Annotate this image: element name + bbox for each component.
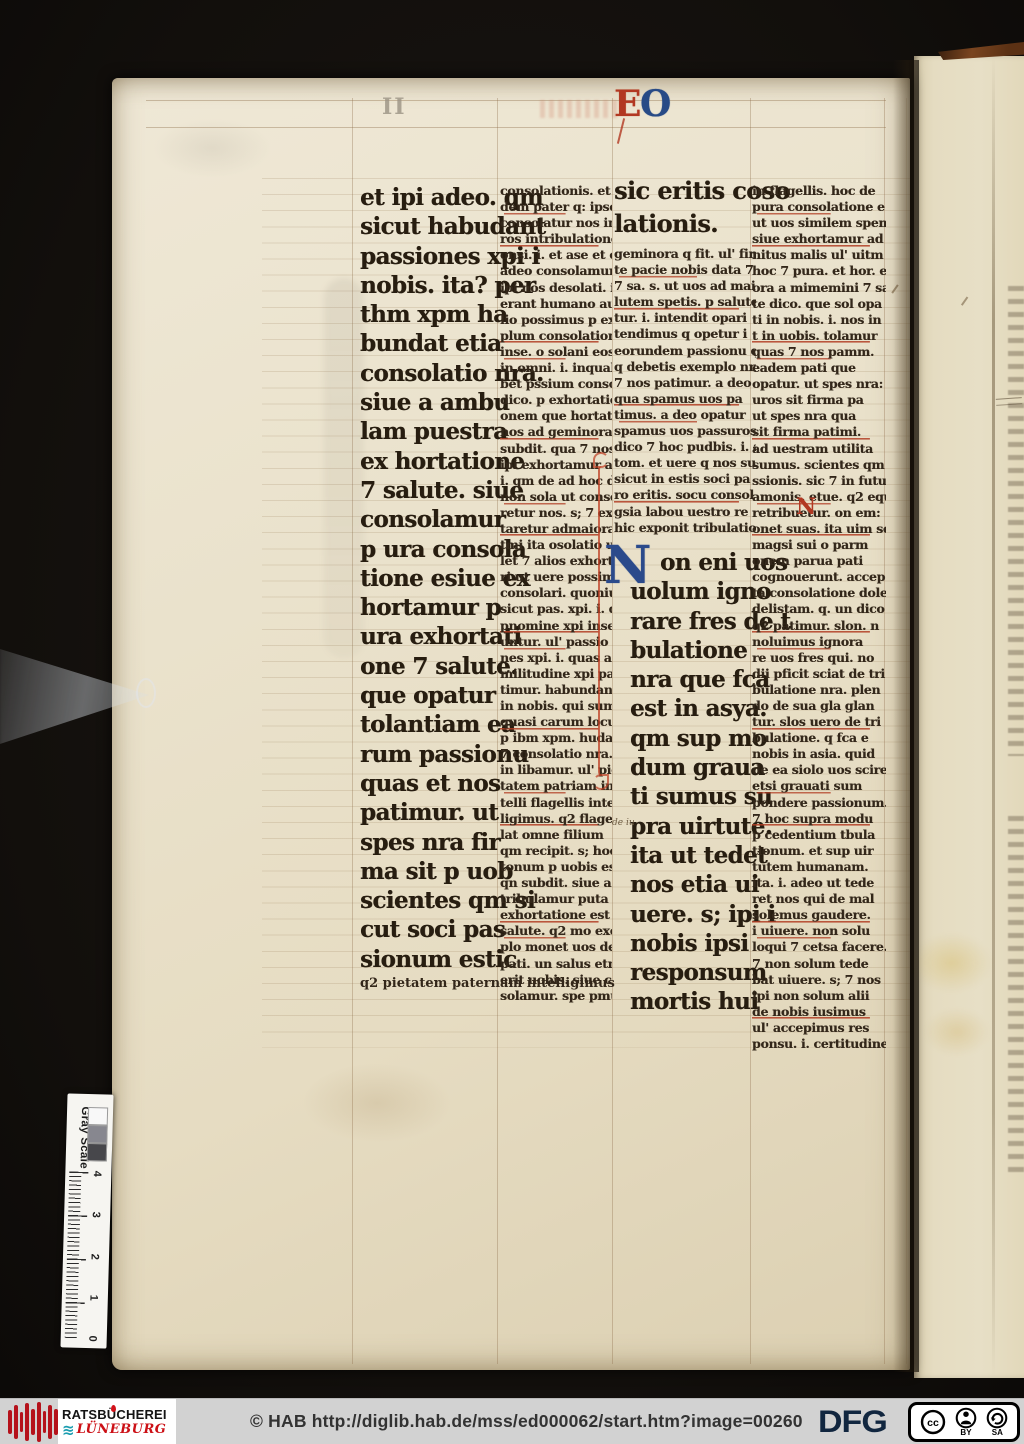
text-line: ad uestram utilita	[752, 441, 886, 457]
text-line: quas et nos	[360, 769, 500, 798]
interlinear-note: de iu	[612, 818, 635, 828]
text-line: est in asya.	[630, 694, 766, 723]
text-line: bet pssium consolan	[500, 376, 612, 392]
text-line: plo monet uos de	[500, 939, 612, 955]
cc-letters: cc	[927, 1417, 939, 1429]
text-line: lio possimus p exem	[500, 312, 612, 328]
text-line: ipi nos desolati. i. dos	[500, 280, 612, 296]
text-line: opatur. ut spes nra:	[752, 376, 886, 392]
text-line: ora a mimemini 7 sa	[752, 280, 886, 296]
parchment-stain	[302, 1063, 452, 1143]
text-line: que opatur	[360, 681, 500, 710]
text-line: consolatio nra.	[360, 359, 500, 388]
running-title-letter-blue: O	[640, 86, 671, 122]
text-line: exhortatione est 7	[500, 907, 612, 923]
text-line: telli flagellis intel	[500, 795, 612, 811]
header-rule	[146, 100, 886, 101]
text-line: hortamur p	[360, 593, 500, 622]
text-line: qm sup mo	[630, 724, 766, 753]
text-line: bulatione	[630, 636, 766, 665]
text-line: tolantiam ea	[360, 710, 500, 739]
photograph-background: II E O et ipi adeo. qmsicut habudantpass…	[0, 0, 1024, 1398]
attribution-bar: RATSBÜCHEREI ≋ LÜNEBURG © HAB http://dig…	[0, 1398, 1024, 1444]
text-line: qm recipit. s; hoc	[500, 843, 612, 859]
text-line: p ura consola	[360, 535, 500, 564]
text-line: ligimus. q2 flagel	[500, 811, 612, 827]
text-line: uros sit firma pa	[752, 392, 886, 408]
text-line: amonis. etue. q2 equa	[752, 489, 886, 505]
text-line: patimur. ut	[360, 798, 500, 827]
text-line: untur. ul' passio	[500, 634, 612, 650]
text-line: retribuetur. on em:	[752, 505, 886, 521]
text-line: pra uirtute.	[630, 812, 766, 841]
text-line: sic eritis coso	[614, 174, 754, 207]
text-line: 1	[87, 1294, 98, 1300]
text-line: in flagellis. hoc de	[752, 183, 886, 199]
text-line: retur nos. s; 7 exho	[500, 505, 612, 521]
text-column-2-gloss: geminora q fit. ul' finitite pacie nobis…	[614, 246, 756, 536]
gray-swatch-mid	[87, 1125, 107, 1144]
text-line: onsi. i. et ase et corporis.	[500, 247, 612, 263]
text-line: q2 patimur. slon. n	[752, 618, 886, 634]
text-line: nobis. ita? per	[360, 271, 500, 300]
text-line: nra que fca	[630, 665, 766, 694]
text-line: sit firma patimi.	[752, 424, 886, 440]
text-line: rum passionu	[360, 740, 500, 769]
text-line: consolari. quonius	[500, 585, 612, 601]
text-line: consolamur	[360, 505, 500, 534]
text-line: tribulamur puta	[500, 891, 612, 907]
text-line: eadem pati que	[752, 360, 886, 376]
bleedthrough-text	[1008, 816, 1024, 1176]
library-city: LÜNEBURG	[77, 1423, 167, 1437]
text-line: qn subdit. siue a	[500, 875, 612, 891]
text-line: ipi non solum alii	[752, 988, 886, 1004]
text-line: lutem spetis. p salute d	[614, 294, 756, 310]
text-line: scientes qm si	[360, 886, 500, 915]
text-line: bulatione nra. plen	[752, 682, 886, 698]
text-line: geminora q fit. ul' finiti	[614, 246, 756, 262]
text-line: et ipi adeo. qm	[360, 183, 500, 212]
text-line: ita. i. adeo ut tede	[752, 875, 886, 891]
text-line: responsum	[630, 958, 766, 987]
text-line: quasi carum locus.	[500, 714, 612, 730]
gloss-column-2: in flagellis. hoc depura consolatione eu…	[752, 183, 886, 1052]
text-line: plum consolationis	[500, 328, 612, 344]
text-line: quas 7 nos pamm.	[752, 344, 886, 360]
library-name: RATSBÜCHEREI	[62, 1408, 176, 1422]
text-line: ul' accepimus res	[752, 1020, 886, 1036]
header-rule	[146, 127, 886, 128]
cc-circle-icon: cc	[920, 1409, 946, 1435]
text-line: 7 salute. siue	[360, 476, 500, 505]
text-line: 7 sa. s. ut uos ad maios	[614, 278, 756, 294]
text-line: de ea siolo uos scire:	[752, 762, 886, 778]
text-line: ma sit p uob	[360, 857, 500, 886]
library-bars-icon	[8, 1402, 58, 1442]
text-line: sionum estic	[360, 945, 500, 974]
text-line: pati. un salus etna	[500, 956, 612, 972]
page-crease	[992, 56, 995, 1378]
text-line: rare fres de t	[630, 607, 766, 636]
text-line: dum graua	[630, 753, 766, 782]
text-line: 7 hoc supra modu	[752, 811, 886, 827]
text-line: lationis.	[614, 207, 754, 240]
text-line: sicut habudant	[360, 212, 500, 241]
text-line: hoc 7 pura. et hor. est.	[752, 263, 886, 279]
gloss-column-1: consolationis. et hoc qdem pater q: ipse…	[500, 183, 612, 1004]
text-line: nobis in asia. quid	[752, 746, 886, 762]
text-line: sicut pas. xpi. i. q	[500, 601, 612, 617]
text-line: tonum p uobis est.	[500, 859, 612, 875]
dfg-logo: DFG	[818, 1401, 887, 1443]
text-column-1: et ipi adeo. qmsicut habudantpassiones x…	[360, 183, 500, 974]
text-line: p cedentium tbula	[752, 827, 886, 843]
text-line: non sola ut consola	[500, 489, 612, 505]
text-line: dico 7 hoc pudbis. i. a	[614, 439, 756, 455]
text-line: 2	[88, 1253, 99, 1259]
text-line: i uiuere. non solu	[752, 923, 886, 939]
text-line: passiones xpi i	[360, 242, 500, 271]
text-line: ro eritis. socu consol	[614, 487, 756, 503]
text-line: timus. a deo opatur	[614, 407, 756, 423]
text-line: tutem humanam.	[752, 859, 886, 875]
text-line: p ibm xpm. hudat	[500, 730, 612, 746]
cc-by-label: BY	[960, 1429, 971, 1437]
catch-line: q2 pietatem paternam intelligimus	[360, 976, 620, 991]
text-line: siue a ambu	[360, 388, 500, 417]
gray-swatch-dark	[87, 1143, 107, 1162]
text-line: noluimus ignora	[752, 634, 886, 650]
text-line: in nobis. qui sum	[500, 698, 612, 714]
text-line: in omni. i. inquali	[500, 360, 612, 376]
text-line: spes nra fir	[360, 828, 500, 857]
gray-scale-ruler: Gray Scale 43210	[60, 1093, 113, 1348]
text-line: magsi sui o parm	[752, 537, 886, 553]
text-line: ssionis. sic 7 in futu	[752, 473, 886, 489]
cc-by-item: BY	[955, 1407, 977, 1437]
text-line: 7 nos patimur. a deo o	[614, 375, 756, 391]
text-line: t in uobis. tolamur	[752, 328, 886, 344]
text-line: q debetis exemplo nri	[614, 359, 756, 375]
text-line: uere. s; ipi i	[630, 900, 766, 929]
gray-swatch-light	[88, 1107, 108, 1126]
text-line: ta consolatione dole	[752, 585, 886, 601]
text-line: dii pficit sciat de tri	[752, 666, 886, 682]
text-line: nobis ipsi	[630, 929, 766, 958]
text-line: uolum igno	[630, 577, 766, 606]
text-line: inse. o solani eos q sunt	[500, 344, 612, 360]
manuscript-page: II E O et ipi adeo. qmsicut habudantpass…	[112, 78, 910, 1370]
text-line: one 7 salute.	[360, 652, 500, 681]
text-line: de nobis iusimus	[752, 1004, 886, 1020]
column-rule	[612, 98, 613, 1364]
text-line: consolationis. et hoc q	[500, 183, 612, 199]
text-line: gsia labou uestro re	[614, 504, 756, 520]
text-line: 7 non solum tede	[752, 956, 886, 972]
column-rule	[352, 98, 353, 1364]
text-line: nos etia ui	[630, 870, 766, 899]
text-line: on eni uos	[630, 548, 766, 577]
text-line: nitus malis ul' uitm	[752, 247, 886, 263]
text-line: te dico. que sol opa	[752, 296, 886, 312]
text-line: ret nos qui de mal	[752, 891, 886, 907]
text-line: nes xpi. i. quas adsi	[500, 650, 612, 666]
offset-ink-ghost	[540, 100, 618, 118]
running-title-letter-red: E	[614, 86, 641, 122]
attribution-person-icon	[955, 1407, 977, 1429]
text-line: tmi ita osolatio ua	[500, 537, 612, 553]
red-droplet-icon	[111, 1405, 116, 1412]
gutter-shadow	[893, 60, 919, 1372]
text-line: dico. p exhortatione	[500, 392, 612, 408]
folio-number: II	[382, 96, 407, 118]
cc-sa-item: SA	[986, 1407, 1008, 1437]
text-line: thm xpm ha	[360, 300, 500, 329]
text-line: consolatur nos innuit	[500, 215, 612, 231]
text-line: pura consolatione e	[752, 199, 886, 215]
text-line: i. qm de ad hoc dedit	[500, 473, 612, 489]
text-line: salute. q2 mo exe	[500, 923, 612, 939]
text-line: cognouerunt. accep	[752, 569, 886, 585]
text-line: dem pater q: ipse est q	[500, 199, 612, 215]
text-line: nos ad geminora &	[500, 424, 612, 440]
text-line: ros intribulatione nra	[500, 231, 612, 247]
bleedthrough-smudge	[324, 278, 364, 658]
text-line: onem parua pati	[752, 553, 886, 569]
text-line: hic exponit tribulatio	[614, 520, 756, 536]
text-line: onem que hortatur	[500, 408, 612, 424]
text-column-2-body: on eni uosuolum ignorare fres de tbulati…	[630, 548, 766, 1017]
text-line: 7 consolatio nra. est	[500, 746, 612, 762]
cc-icon: cc	[920, 1409, 946, 1435]
text-line: tionum. et sup uir	[752, 843, 886, 859]
text-column-2-opening: sic eritis cosolationis.	[614, 174, 754, 240]
text-line: 4	[91, 1171, 102, 1177]
cc-sa-label: SA	[992, 1429, 1003, 1437]
text-line: cut soci pas	[360, 915, 500, 944]
text-line: tur. slos uero de tri	[752, 714, 886, 730]
text-line: tur. i. intendit opari	[614, 310, 756, 326]
share-alike-arrow-icon	[986, 1407, 1008, 1429]
text-line: qua spamus uos pa	[614, 391, 756, 407]
text-line: let 7 alios exhorta	[500, 553, 612, 569]
text-line: do de sua gla glan	[752, 698, 886, 714]
text-line: sicut in estis soci pa	[614, 471, 756, 487]
text-line: 0	[86, 1335, 97, 1341]
text-line: lam puestra	[360, 417, 500, 446]
copyright-url: © HAB http://diglib.hab.de/mss/ed000062/…	[250, 1399, 803, 1444]
text-line: ti sumus su	[630, 782, 766, 811]
gray-scale-swatches	[87, 1107, 108, 1162]
text-line: bundat etia	[360, 329, 500, 358]
text-line: tendimus q opetur i	[614, 326, 756, 342]
text-line: sumus. scientes qm	[752, 457, 886, 473]
text-line: taretur admaiora.	[500, 521, 612, 537]
text-line: onet suas. ita uim se	[752, 521, 886, 537]
text-line: ut uos similem spem.	[752, 215, 886, 231]
waves-icon: ≋	[62, 1424, 74, 1436]
text-line: solemus gaudere.	[752, 907, 886, 923]
text-line: ura exhortati	[360, 622, 500, 651]
text-line: lat omne filium	[500, 827, 612, 843]
text-line: tom. et uere q nos su	[614, 455, 756, 471]
red-penwork-flourish	[598, 466, 608, 776]
text-line: erant humano auxi	[500, 296, 612, 312]
text-line: spamus uos passuros	[614, 423, 756, 439]
text-line: militudine xpi pa	[500, 666, 612, 682]
text-line: ponsu. i. certitudine	[752, 1036, 886, 1052]
text-line: pondere passionum.	[752, 795, 886, 811]
text-line: bat uiuere. s; 7 nos	[752, 972, 886, 988]
text-line: mortis hui	[630, 987, 766, 1016]
text-line: adeo consolamur. ut 7	[500, 263, 612, 279]
text-line: bulatione. q fca e	[752, 730, 886, 746]
text-line: ita ut tedet	[630, 841, 766, 870]
text-line: ti in nobis. i. nos in	[752, 312, 886, 328]
library-logo: RATSBÜCHEREI ≋ LÜNEBURG	[58, 1399, 176, 1444]
text-line: te pacie nobis data 7 hoc	[614, 262, 756, 278]
text-line: loqui 7 cetsa facere.	[752, 939, 886, 955]
text-line: tione esiue ex	[360, 564, 500, 593]
text-line: 3	[90, 1212, 101, 1218]
text-line: eorundem passionu q	[614, 343, 756, 359]
text-line: timur. habundant	[500, 682, 612, 698]
text-line: ri ut uere possimus	[500, 569, 612, 585]
rubric-initial-red: N	[796, 496, 816, 518]
text-line: delistam. q. un dico	[752, 601, 886, 617]
text-line: ex hortatione	[360, 447, 500, 476]
text-line: pnomine xpi inse	[500, 618, 612, 634]
text-line: siue exhortamur ad	[752, 231, 886, 247]
text-line: ut spes nra qua	[752, 408, 886, 424]
bleedthrough-text	[1008, 286, 1024, 756]
text-line: etsi grauati sum	[752, 778, 886, 794]
facing-page-edge	[914, 56, 1024, 1378]
cc-license-badge: cc BY SA	[908, 1402, 1020, 1442]
plastic-page-clip-tip	[136, 678, 156, 708]
text-line: re uos fres qui. no	[752, 650, 886, 666]
